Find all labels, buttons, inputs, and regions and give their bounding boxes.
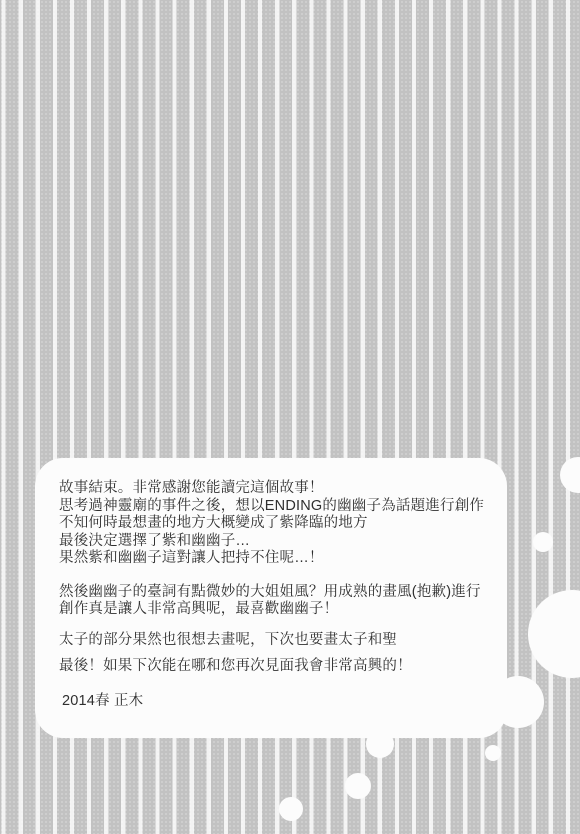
afterword-text-block: 故事結束。非常感謝您能讀完這個故事！ 思考過神靈廟的事件之後，想以ENDING的…: [59, 480, 499, 710]
afterword-line: 太子的部分果然也很想去畫呢，下次也要畫太子和聖: [59, 632, 499, 650]
afterword-speech-bubble: 故事結束。非常感謝您能讀完這個故事！ 思考過神靈廟的事件之後，想以ENDING的…: [35, 458, 507, 738]
afterword-paragraph: 然後幽幽子的臺詞有點微妙的大姐姐風？用成熟的畫風(抱歉)進行 創作真是讓人非常高…: [59, 584, 499, 619]
afterword-paragraph: 最後！如果下次能在哪和您再次見面我會非常高興的！: [59, 658, 499, 676]
afterword-line: 思考過神靈廟的事件之後，想以ENDING的幽幽子為話題進行創作: [59, 498, 499, 516]
afterword-line: 創作真是讓人非常高興呢，最喜歡幽幽子！: [59, 601, 499, 619]
afterword-line: 然後幽幽子的臺詞有點微妙的大姐姐風？用成熟的畫風(抱歉)進行: [59, 584, 499, 602]
signature: 2014春 正木: [62, 693, 499, 711]
afterword-line: 最後決定選擇了紫和幽幽子…: [59, 533, 499, 551]
afterword-line: 故事結束。非常感謝您能讀完這個故事！: [59, 480, 499, 498]
thought-bubble-circle-bottom: [345, 773, 371, 799]
thought-bubble-circle-large-right: [528, 590, 580, 678]
thought-bubble-circle-top-right: [560, 457, 580, 493]
afterword-line: 不知何時最想畫的地方大概變成了紫降臨的地方: [59, 515, 499, 533]
thought-bubble-circle-small-right: [533, 532, 553, 552]
afterword-paragraph: 太子的部分果然也很想去畫呢，下次也要畫太子和聖: [59, 632, 499, 650]
afterword-paragraph: 故事結束。非常感謝您能讀完這個故事！ 思考過神靈廟的事件之後，想以ENDING的…: [59, 480, 499, 568]
afterword-page: 故事結束。非常感謝您能讀完這個故事！ 思考過神靈廟的事件之後，想以ENDING的…: [0, 0, 580, 834]
thought-bubble-circle-tiny-right: [485, 745, 501, 761]
afterword-line: 最後！如果下次能在哪和您再次見面我會非常高興的！: [59, 658, 499, 676]
afterword-line: 果然紫和幽幽子這對讓人把持不住呢…！: [59, 550, 499, 568]
thought-bubble-circle-bottom-left: [279, 797, 303, 821]
